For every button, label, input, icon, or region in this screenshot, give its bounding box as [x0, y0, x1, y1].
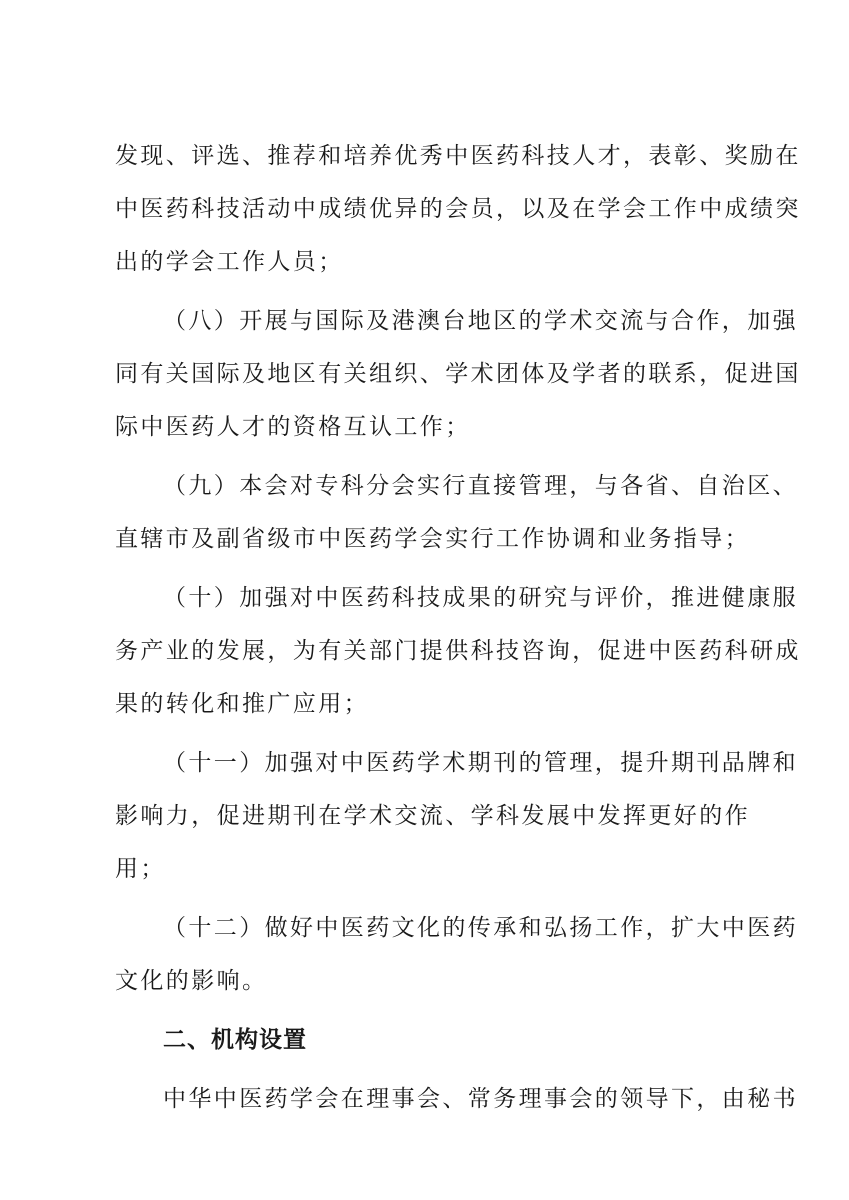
paragraph-line: 用；: [115, 854, 166, 884]
paragraph-line: 发现、评选、推荐和培养优秀中医药科技人才，表彰、奖励在: [115, 141, 801, 171]
paragraph-line: （十二）做好中医药文化的传承和弘扬工作，扩大中医药: [163, 913, 798, 943]
paragraph-line: 务产业的发展，为有关部门提供科技咨询，促进中医药科研成: [115, 636, 801, 666]
paragraph-line: 直辖市及副省级市中医药学会实行工作协调和业务指导；: [115, 524, 750, 554]
paragraph-line: 中医药科技活动中成绩优异的会员，以及在学会工作中成绩突: [115, 194, 801, 224]
document-page: 发现、评选、推荐和培养优秀中医药科技人才，表彰、奖励在 中医药科技活动中成绩优异…: [0, 0, 849, 1200]
paragraph-line: 中华中医药学会在理事会、常务理事会的领导下，由秘书: [163, 1084, 798, 1114]
paragraph-line: （十）加强对中医药科技成果的研究与评价，推进健康服: [163, 583, 798, 613]
paragraph-line: 同有关国际及地区有关组织、学术团体及学者的联系，促进国: [115, 359, 801, 389]
paragraph-line: 果的转化和推广应用；: [115, 689, 369, 719]
section-heading: 二、机构设置: [163, 1025, 307, 1055]
paragraph-line: （九）本会对专科分会实行直接管理，与各省、自治区、: [163, 471, 798, 501]
paragraph-line: （十一）加强对中医药学术期刊的管理，提升期刊品牌和: [163, 748, 798, 778]
paragraph-line: 出的学会工作人员；: [115, 247, 344, 277]
paragraph-line: （八）开展与国际及港澳台地区的学术交流与合作，加强: [163, 306, 798, 336]
paragraph-line: 影响力，促进期刊在学术交流、学科发展中发挥更好的作: [115, 801, 750, 831]
paragraph-line: 文化的影响。: [115, 966, 267, 996]
paragraph-line: 际中医药人才的资格互认工作；: [115, 412, 471, 442]
